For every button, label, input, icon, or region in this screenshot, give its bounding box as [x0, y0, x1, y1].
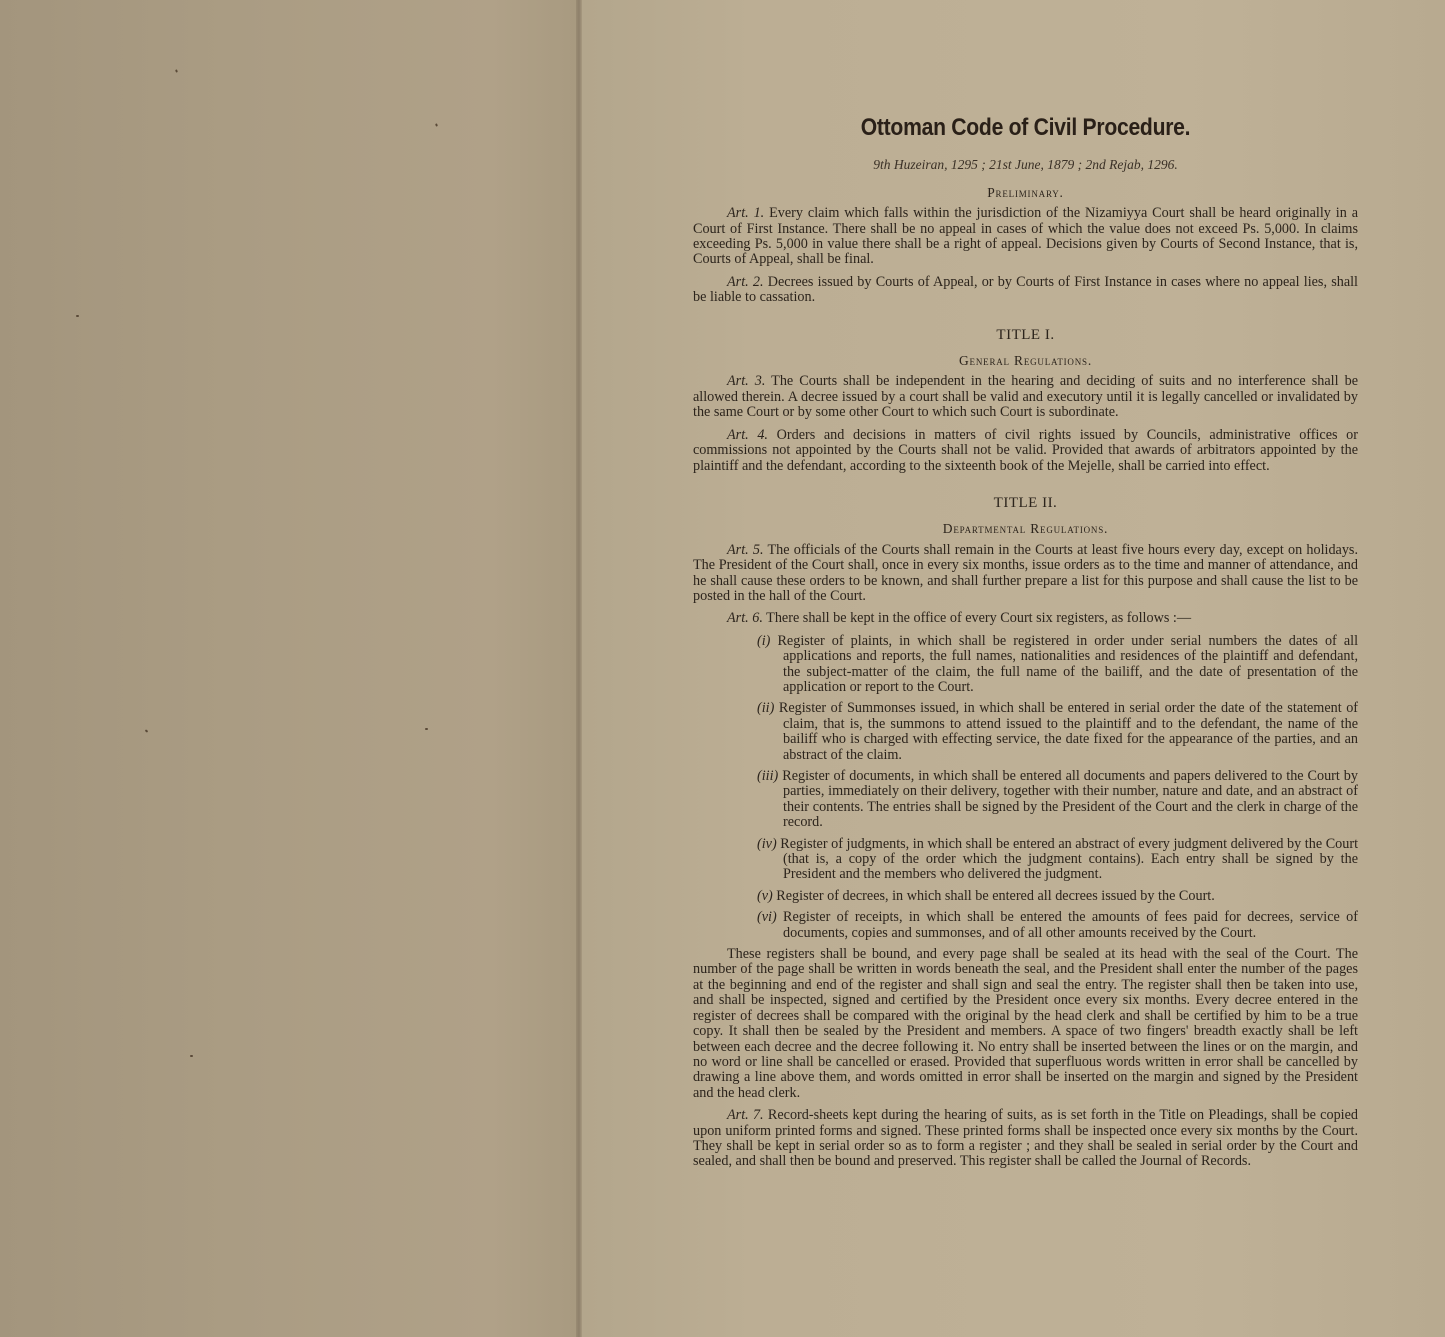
- register-text: Register of judgments, in which shall be…: [780, 836, 1358, 883]
- title-1-heading: TITLE I.: [693, 328, 1358, 343]
- register-text: Register of decrees, in which shall be e…: [776, 888, 1214, 904]
- article-text: Record-sheets kept during the hearing of…: [693, 1107, 1358, 1169]
- date-line: 9th Huzeiran, 1295 ; 21st June, 1879 ; 2…: [693, 157, 1358, 172]
- article-text: The officials of the Courts shall remain…: [693, 542, 1358, 604]
- register-number: (v): [757, 888, 773, 904]
- title-2-heading: TITLE II.: [693, 496, 1358, 511]
- register-text: Register of documents, in which shall be…: [782, 768, 1358, 830]
- document-title: Ottoman Code of Civil Procedure.: [733, 120, 1318, 135]
- paper-speck: [76, 315, 79, 317]
- article-3: Art. 3. The Courts shall be independent …: [693, 374, 1358, 420]
- register-item-vi: (vi) Register of receipts, in which shal…: [693, 910, 1358, 941]
- register-item-ii: (ii) Register of Summonses issued, in wh…: [693, 701, 1358, 763]
- article-label: Art. 4.: [727, 427, 768, 443]
- register-item-iii: (iii) Register of documents, in which sh…: [693, 769, 1358, 831]
- article-2: Art. 2. Decrees issued by Courts of Appe…: [693, 275, 1358, 306]
- departmental-regulations-heading: Departmental Regulations.: [693, 521, 1358, 536]
- register-item-iv: (iv) Register of judgments, in which sha…: [693, 837, 1358, 883]
- article-1: Art. 1. Every claim which falls within t…: [693, 206, 1358, 268]
- paper-speck: [190, 1055, 193, 1057]
- registers-closing-paragraph: These registers shall be bound, and ever…: [693, 947, 1358, 1101]
- article-text: Orders and decisions in matters of civil…: [693, 427, 1358, 474]
- register-text: Register of Summonses issued, in which s…: [779, 700, 1358, 762]
- article-label: Art. 5.: [727, 542, 764, 558]
- register-number: (iv): [757, 836, 777, 852]
- general-regulations-heading: General Regulations.: [693, 353, 1358, 368]
- article-7: Art. 7. Record-sheets kept during the he…: [693, 1108, 1358, 1170]
- article-label: Art. 7.: [727, 1107, 764, 1123]
- preliminary-heading: Preliminary.: [693, 185, 1358, 200]
- register-number: (vi): [757, 909, 777, 925]
- article-text: There shall be kept in the office of eve…: [766, 610, 1191, 626]
- article-text: The Courts shall be independent in the h…: [693, 373, 1358, 420]
- register-item-v: (v) Register of decrees, in which shall …: [693, 889, 1358, 904]
- register-item-i: (i) Register of plaints, in which shall …: [693, 634, 1358, 696]
- register-number: (iii): [757, 768, 778, 784]
- article-label: Art. 2.: [727, 274, 764, 290]
- document-body: Ottoman Code of Civil Procedure. 9th Huz…: [693, 116, 1358, 1177]
- register-number: (ii): [757, 700, 774, 716]
- article-text: Every claim which falls within the juris…: [693, 205, 1358, 267]
- article-5: Art. 5. The officials of the Courts shal…: [693, 543, 1358, 605]
- paper-speck: [425, 728, 428, 730]
- article-text: Decrees issued by Courts of Appeal, or b…: [693, 274, 1358, 305]
- article-label: Art. 3.: [727, 373, 765, 389]
- paper-speck: [435, 123, 438, 127]
- article-4: Art. 4. Orders and decisions in matters …: [693, 428, 1358, 474]
- register-text: Register of receipts, in which shall be …: [783, 909, 1358, 940]
- register-number: (i): [757, 633, 770, 649]
- left-page-blank: [0, 0, 578, 1337]
- paper-speck: [175, 69, 178, 73]
- article-6: Art. 6. There shall be kept in the offic…: [693, 611, 1358, 626]
- register-text: Register of plaints, in which shall be r…: [777, 633, 1358, 695]
- article-label: Art. 6.: [727, 610, 763, 626]
- paper-speck: [145, 729, 149, 732]
- article-label: Art. 1.: [727, 205, 764, 221]
